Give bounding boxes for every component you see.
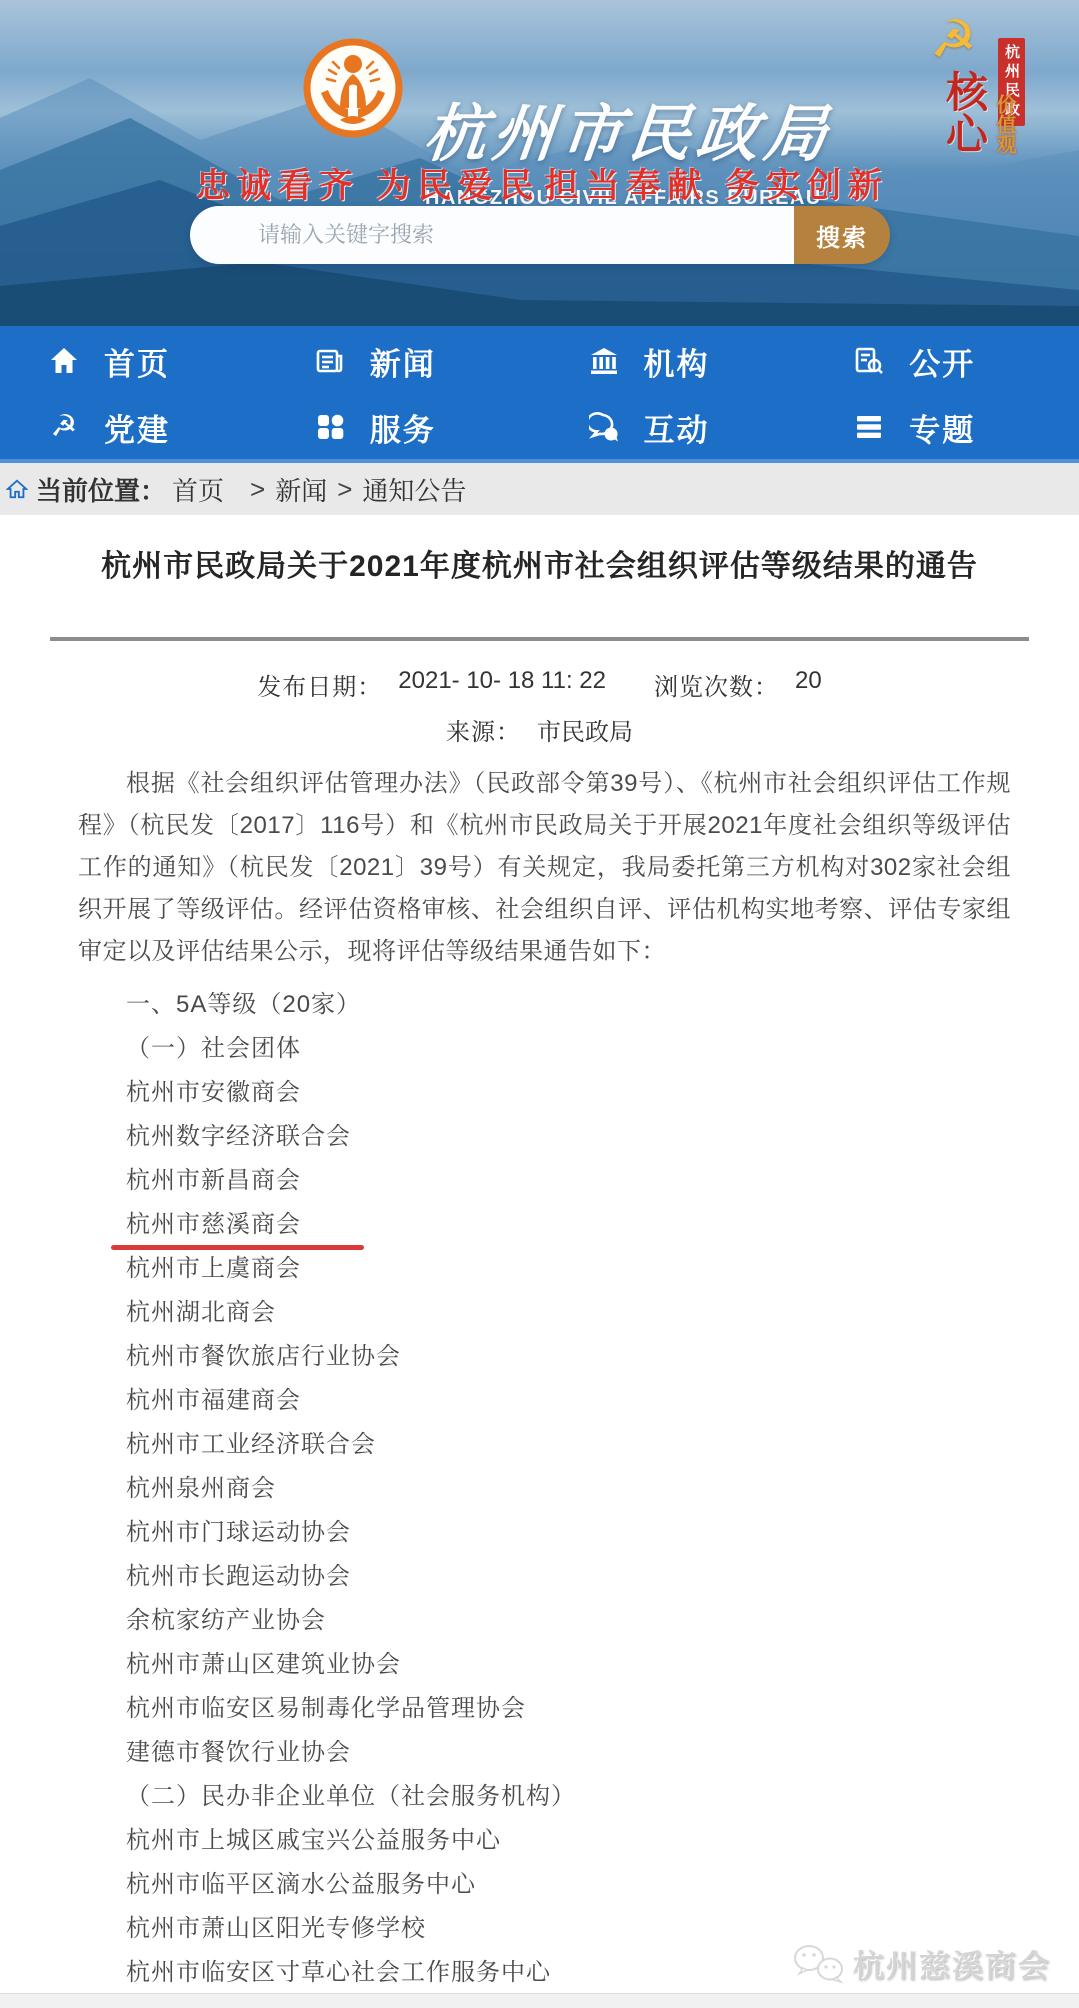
list-line-text: 杭州市临安区寸草心社会工作服务中心	[126, 1960, 551, 1985]
breadcrumb-notices[interactable]: 通知公告	[362, 471, 466, 508]
list-lines-icon	[853, 411, 885, 443]
view-count: 浏览次数： 20	[654, 667, 822, 702]
main-nav: 首页 新闻 机构	[0, 326, 1079, 463]
watermark: 杭州慈溪商会	[793, 1941, 1051, 1986]
org-list-item: 建德市餐饮行业协会	[126, 1740, 1029, 1765]
list-line-text: 杭州湖北商会	[126, 1300, 276, 1325]
civil-affairs-logo	[303, 38, 403, 138]
breadcrumb-home[interactable]: 首页	[172, 471, 224, 508]
institution-icon	[588, 345, 620, 377]
list-section-heading: 一、5A等级（20家）	[126, 992, 1029, 1017]
list-line-text: 杭州市门球运动协会	[126, 1520, 351, 1545]
org-list-item: 杭州市长跑运动协会	[126, 1564, 1029, 1589]
list-line-text: 一、5A等级（20家）	[126, 992, 361, 1017]
party-values-badge: ☭ 杭州民政 核心 价值观	[872, 22, 1057, 172]
nav-label: 党建	[104, 405, 170, 450]
chat-bubbles-icon	[588, 411, 620, 443]
list-line-text: 杭州市萧山区阳光专修学校	[126, 1916, 426, 1941]
nav-item-interact[interactable]: 互动	[540, 405, 786, 450]
badge-values-text: 价值观	[990, 94, 1019, 154]
source-value: 市民政局	[537, 712, 633, 747]
org-list-item: 杭州市工业经济联合会	[126, 1432, 1029, 1457]
org-list-item: 杭州市上城区戚宝兴公益服务中心	[126, 1828, 1029, 1853]
nav-label: 互动	[644, 405, 710, 450]
nav-item-disclosure[interactable]: 公开	[785, 339, 1031, 384]
breadcrumb-label: 当前位置：	[36, 471, 166, 508]
list-line-text: 杭州数字经济联合会	[126, 1124, 351, 1149]
list-line-text: 杭州市安徽商会	[126, 1080, 301, 1105]
title-divider	[50, 637, 1029, 641]
list-line-text: 杭州市上城区戚宝兴公益服务中心	[126, 1828, 501, 1853]
view-count-label: 浏览次数：	[654, 667, 779, 702]
list-line-text: 建德市餐饮行业协会	[126, 1740, 351, 1765]
article: 杭州市民政局关于2021年度杭州市社会组织评估等级结果的通告 发布日期： 202…	[0, 543, 1079, 1985]
org-list-item: 杭州市新昌商会	[126, 1168, 1029, 1193]
list-section-heading: （一）社会团体	[126, 1036, 1029, 1061]
nav-item-news[interactable]: 新闻	[294, 339, 540, 384]
list-line-text: 杭州市萧山区建筑业协会	[126, 1652, 401, 1677]
nav-label: 新闻	[370, 339, 436, 384]
breadcrumb-separator: >	[337, 474, 352, 505]
org-list-item: 杭州市临安区易制毒化学品管理协会	[126, 1696, 1029, 1721]
page: 杭州市民政局 HANGZHOU CIVIL AFFAIRS BUREAU ☭ 杭…	[0, 0, 1079, 2008]
list-line-text: 余杭家纺产业协会	[126, 1608, 326, 1633]
publish-date: 发布日期： 2021- 10- 18 11: 22	[257, 667, 606, 702]
org-list-item: 杭州湖北商会	[126, 1300, 1029, 1325]
list-line-text: 杭州市工业经济联合会	[126, 1432, 376, 1457]
org-list-item: 杭州市慈溪商会	[126, 1212, 1029, 1237]
org-list-item: 余杭家纺产业协会	[126, 1608, 1029, 1633]
nav-item-topics[interactable]: 专题	[785, 405, 1031, 450]
hammer-sickle-icon: ☭	[48, 411, 80, 443]
home-icon	[48, 345, 80, 377]
breadcrumb-news[interactable]: 新闻	[275, 471, 327, 508]
nav-label: 机构	[644, 339, 710, 384]
search-bar: 搜索	[190, 206, 890, 264]
nav-item-org[interactable]: 机构	[540, 339, 786, 384]
view-count-value: 20	[795, 667, 822, 702]
source-label: 来源：	[446, 712, 521, 747]
list-line-text: 杭州市新昌商会	[126, 1168, 301, 1193]
nav-item-home[interactable]: 首页	[48, 339, 294, 384]
org-list-item: 杭州市临平区滴水公益服务中心	[126, 1872, 1029, 1897]
list-line-text: 杭州市上虞商会	[126, 1256, 301, 1281]
org-list-item: 杭州市萧山区阳光专修学校	[126, 1916, 1029, 1941]
red-underline	[111, 1245, 364, 1250]
nav-label: 专题	[909, 405, 975, 450]
search-button[interactable]: 搜索	[794, 206, 890, 264]
list-line-text: 杭州市福建商会	[126, 1388, 301, 1413]
org-list-item: 杭州泉州商会	[126, 1476, 1029, 1501]
breadcrumb: 当前位置： 首页 > 新闻 > 通知公告	[0, 463, 1079, 515]
nav-item-services[interactable]: 服务	[294, 405, 540, 450]
grid-icon	[314, 411, 346, 443]
nav-label: 首页	[104, 339, 170, 384]
org-list-item: 杭州数字经济联合会	[126, 1124, 1029, 1149]
org-list-item: 杭州市门球运动协会	[126, 1520, 1029, 1545]
list-line-text: 杭州市慈溪商会	[126, 1212, 301, 1237]
org-list-item: 杭州市安徽商会	[126, 1080, 1029, 1105]
list-line-text: （二）民办非企业单位（社会服务机构）	[126, 1784, 576, 1809]
org-list-item: 杭州市上虞商会	[126, 1256, 1029, 1281]
search-input[interactable]	[190, 206, 794, 264]
wechat-icon	[793, 1943, 845, 1985]
banner: 杭州市民政局 HANGZHOU CIVIL AFFAIRS BUREAU ☭ 杭…	[0, 0, 1079, 326]
article-source-row: 来源： 市民政局	[50, 712, 1029, 747]
bottom-strip	[0, 1993, 1079, 2008]
breadcrumb-home-icon	[6, 478, 28, 500]
nav-label: 公开	[909, 339, 975, 384]
list-line-text: 杭州市临平区滴水公益服务中心	[126, 1872, 476, 1897]
org-list-item: 杭州市萧山区建筑业协会	[126, 1652, 1029, 1677]
article-meta-row: 发布日期： 2021- 10- 18 11: 22 浏览次数： 20	[50, 667, 1029, 702]
slogans: 忠诚看齐 为民爱民 担当奉献 务实创新	[196, 158, 889, 207]
list-line-text: 杭州市长跑运动协会	[126, 1564, 351, 1589]
list-line-text: 杭州市临安区易制毒化学品管理协会	[126, 1696, 526, 1721]
article-title: 杭州市民政局关于2021年度杭州市社会组织评估等级结果的通告	[60, 543, 1019, 591]
publish-date-value: 2021- 10- 18 11: 22	[398, 667, 606, 702]
org-list-item: 杭州市福建商会	[126, 1388, 1029, 1413]
nav-item-party[interactable]: ☭ 党建	[48, 405, 294, 450]
slogan-left: 忠诚看齐 为民爱民	[196, 158, 540, 207]
publish-date-label: 发布日期：	[257, 667, 382, 702]
org-list-item: 杭州市餐饮旅店行业协会	[126, 1344, 1029, 1369]
party-emblem-icon: ☭	[930, 10, 977, 70]
list-line-text: 杭州市餐饮旅店行业协会	[126, 1344, 401, 1369]
badge-core-text: 核心	[934, 70, 994, 154]
watermark-text: 杭州慈溪商会	[853, 1941, 1051, 1986]
slogan-right: 担当奉献 务实创新	[545, 158, 889, 207]
list-line-text: （一）社会团体	[126, 1036, 301, 1061]
news-icon	[314, 345, 346, 377]
document-search-icon	[853, 345, 885, 377]
org-list: 一、5A等级（20家）（一）社会团体杭州市安徽商会杭州数字经济联合会杭州市新昌商…	[50, 992, 1029, 1985]
list-section-heading: （二）民办非企业单位（社会服务机构）	[126, 1784, 1029, 1809]
article-paragraph: 根据《社会组织评估管理办法》（民政部令第39号）、《杭州市社会组织评估工作规程》…	[78, 763, 1011, 973]
breadcrumb-separator: >	[250, 474, 265, 505]
nav-label: 服务	[370, 405, 436, 450]
list-line-text: 杭州泉州商会	[126, 1476, 276, 1501]
